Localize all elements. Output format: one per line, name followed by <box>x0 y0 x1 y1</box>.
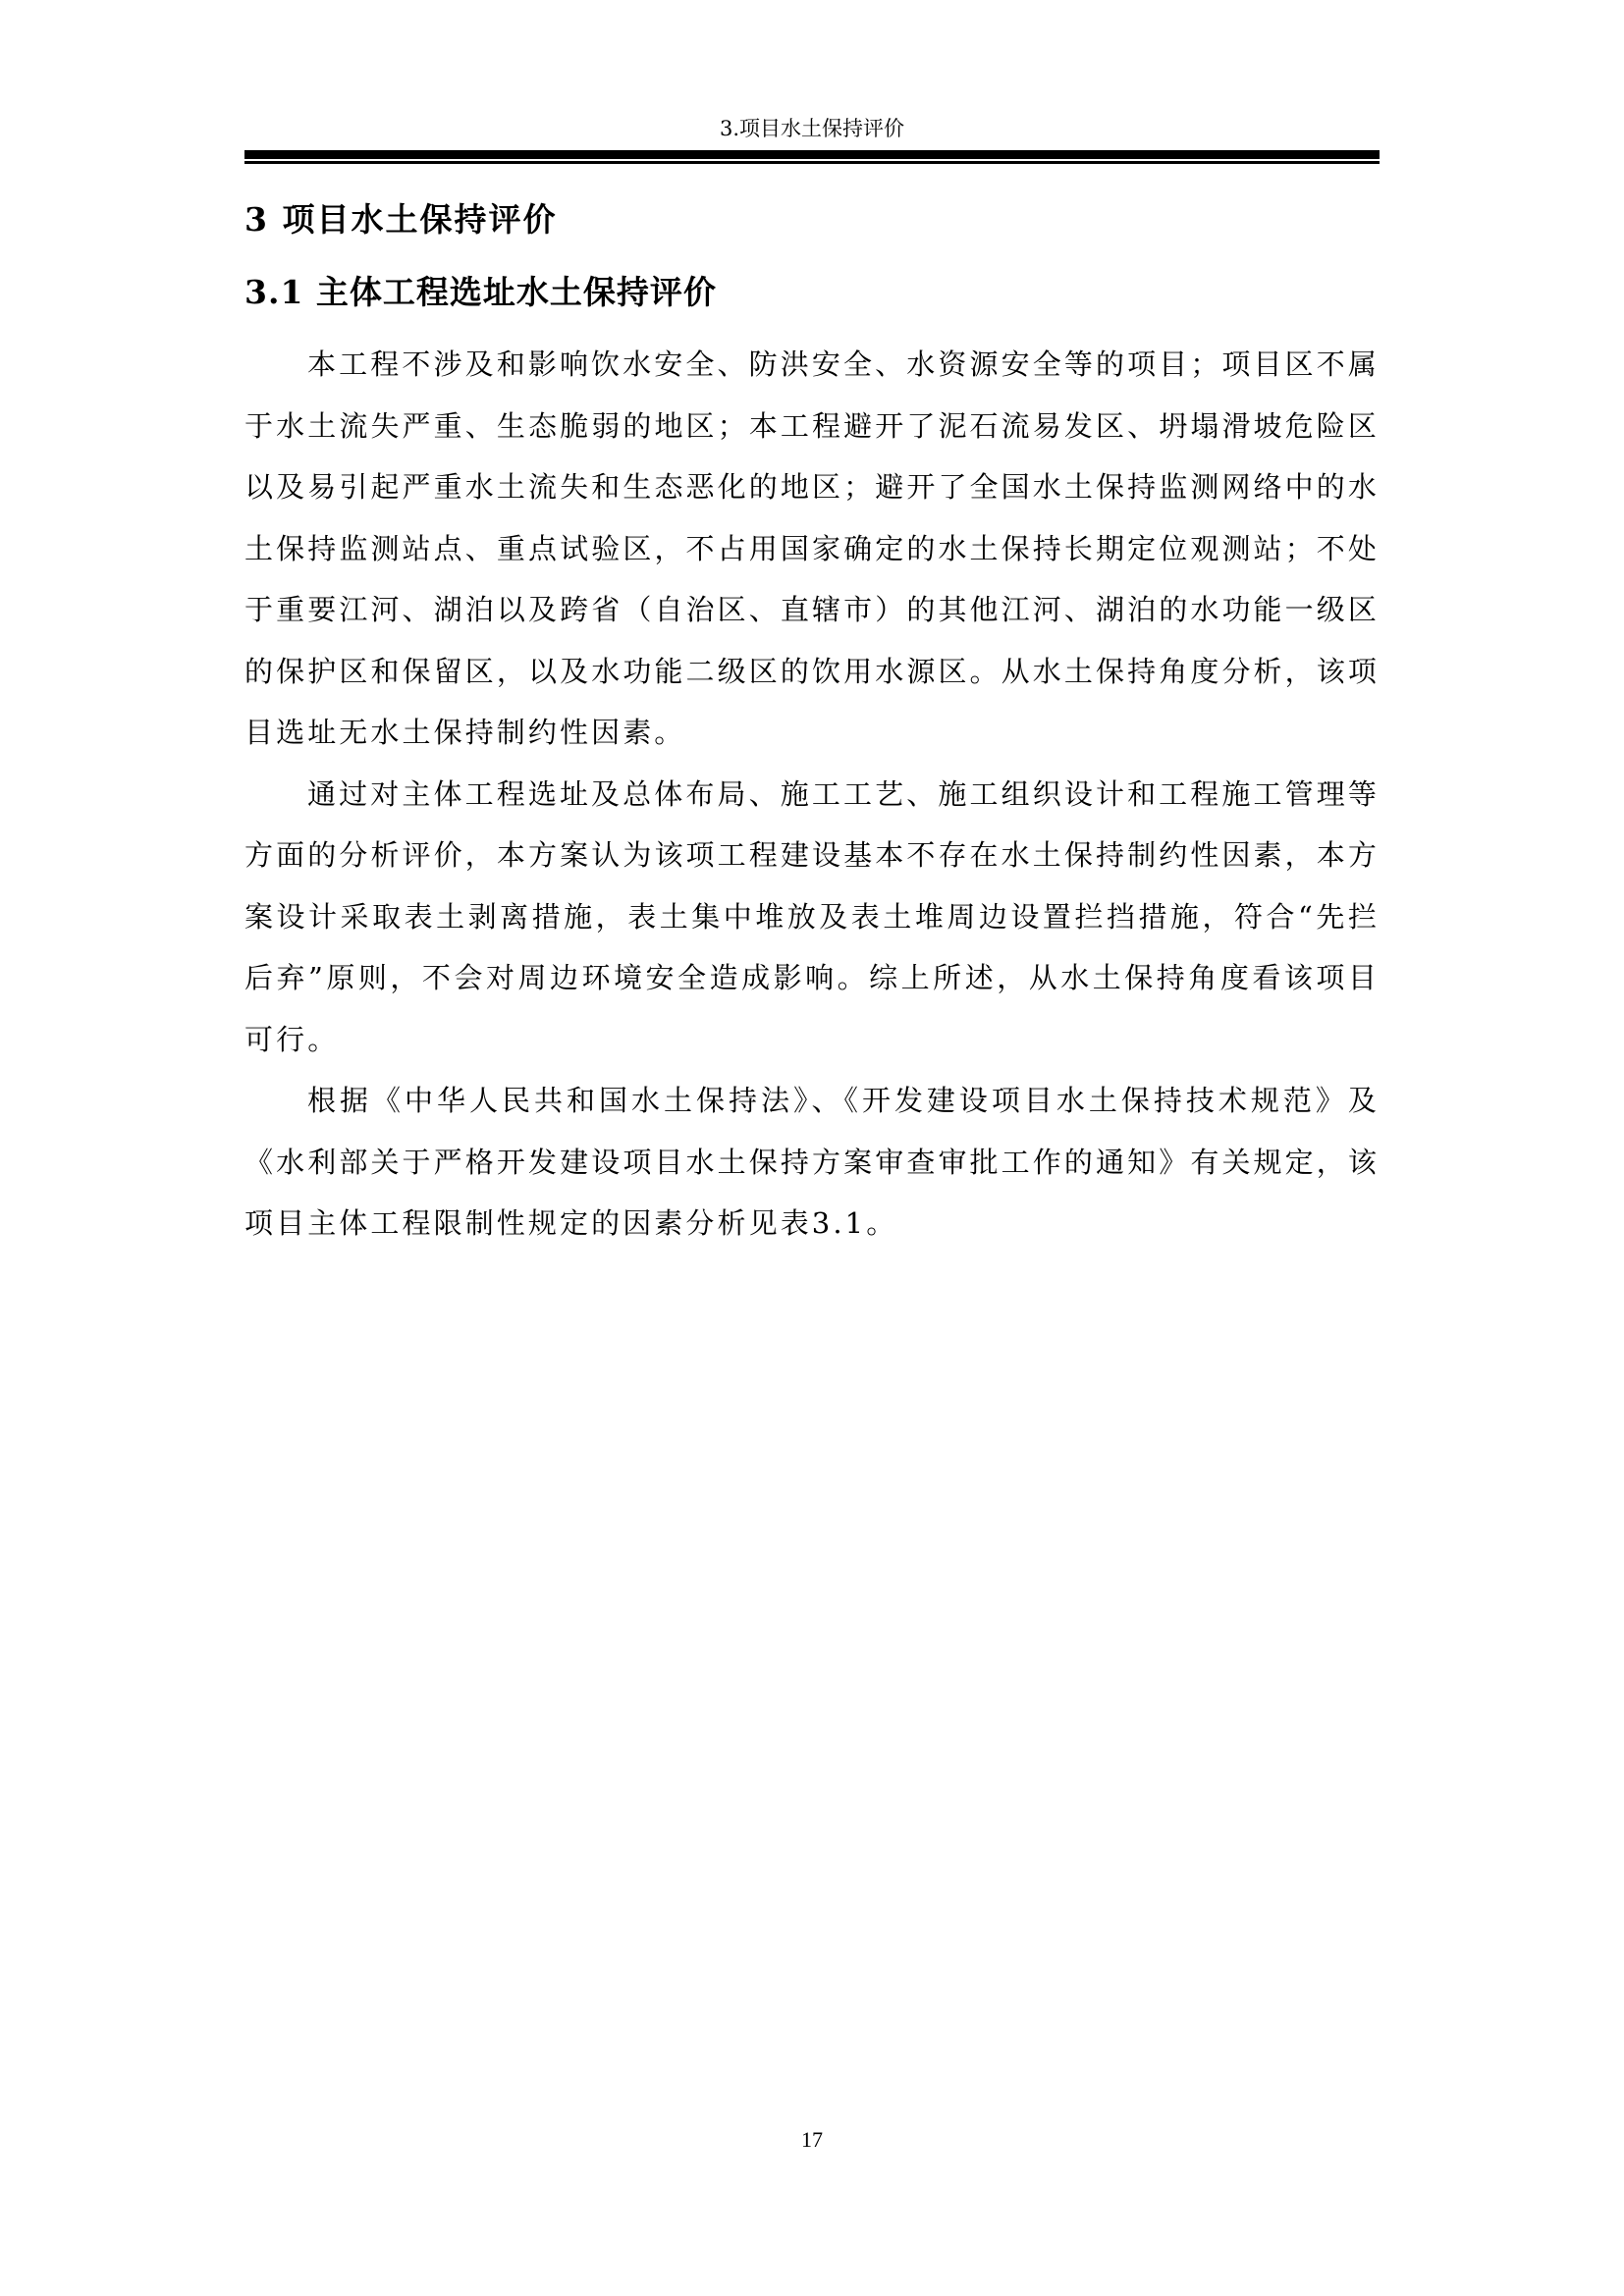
running-header: 3.项目水土保持评价 <box>244 116 1380 141</box>
body-text: 本工程不涉及和影响饮水安全、防洪安全、水资源安全等的项目；项目区不属于水土流失严… <box>244 334 1380 1255</box>
paragraph: 本工程不涉及和影响饮水安全、防洪安全、水资源安全等的项目；项目区不属于水土流失严… <box>244 334 1380 764</box>
chapter-title: 3 项目水土保持评价 <box>244 196 557 243</box>
section-title: 3.1 主体工程选址水土保持评价 <box>244 269 717 316</box>
header-rule-thick <box>244 150 1380 159</box>
paragraph: 通过对主体工程选址及总体布局、施工工艺、施工组织设计和工程施工管理等方面的分析评… <box>244 764 1380 1071</box>
header-rule-thin <box>244 161 1380 164</box>
page-number: 17 <box>0 2126 1624 2154</box>
paragraph: 根据《中华人民共和国水土保持法》、《开发建设项目水土保持技术规范》及《水利部关于… <box>244 1070 1380 1255</box>
